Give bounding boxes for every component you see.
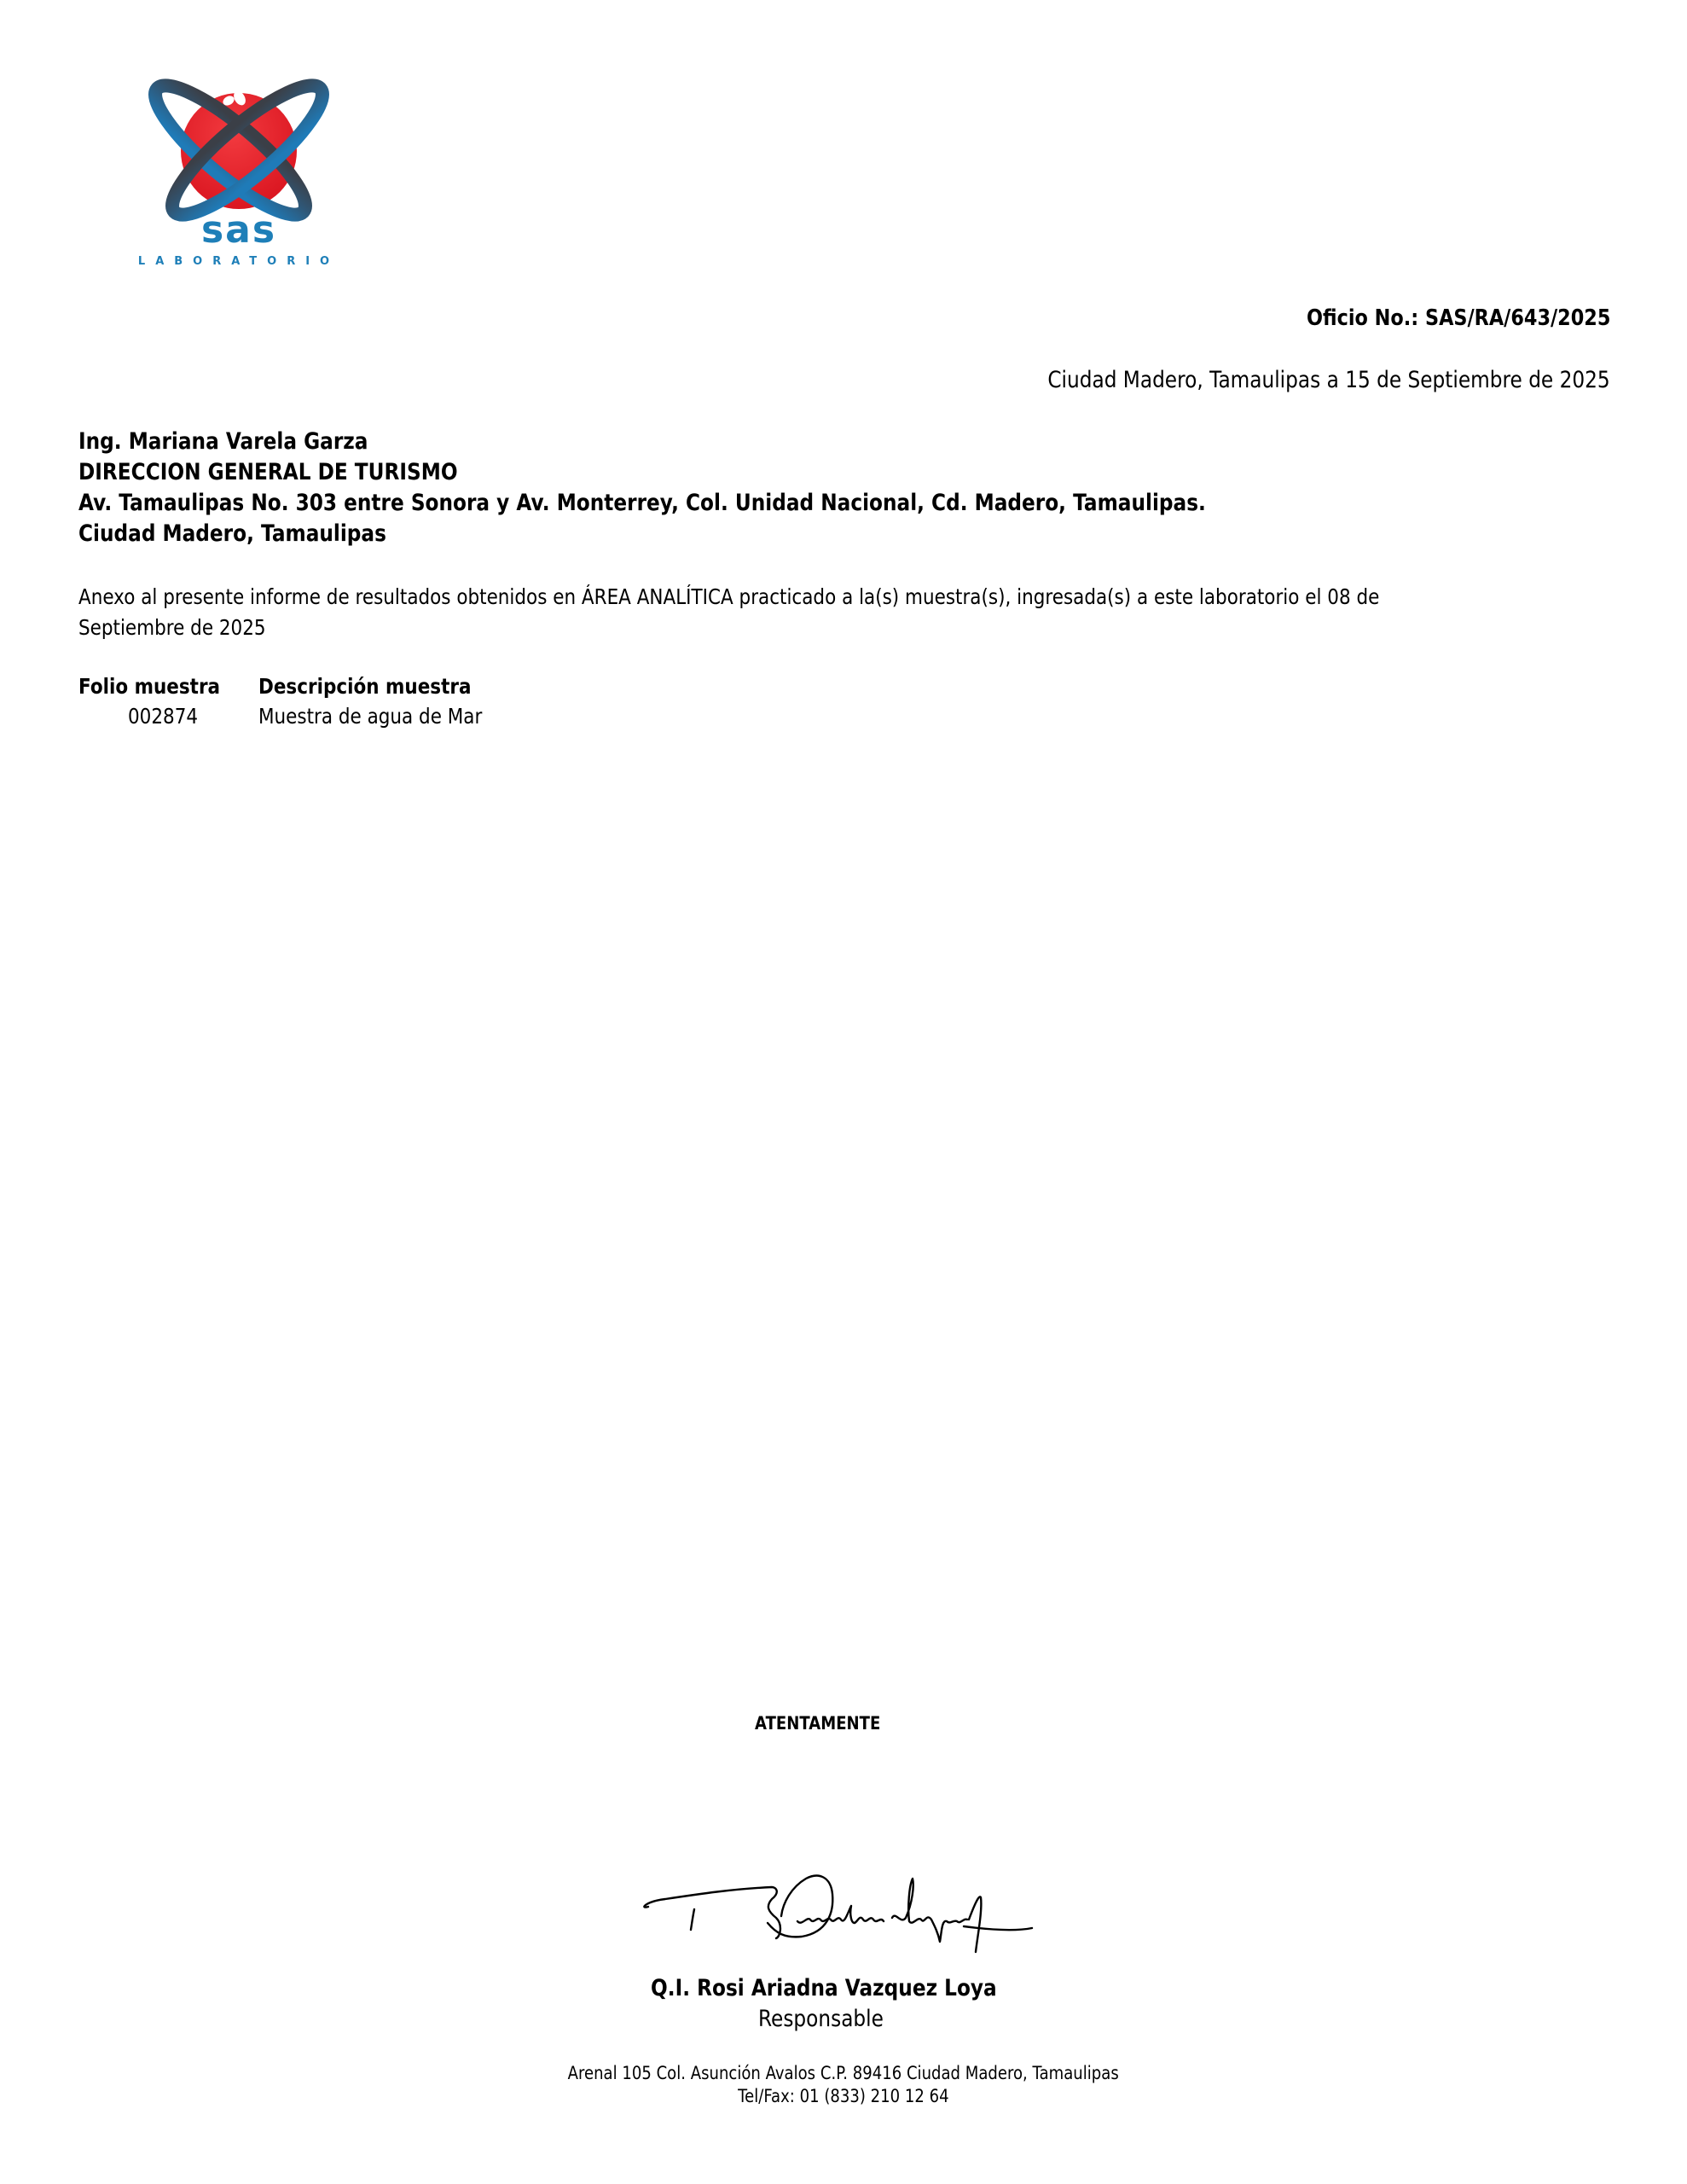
signer-role: Responsable [0,2006,1687,2032]
recipient-name: Ing. Mariana Varela Garza [78,428,415,455]
handwritten-signature-icon [631,1860,1041,1962]
footer-address-text: Arenal 105 Col. Asunción Avalos C.P. 894… [568,2063,1119,2083]
sas-laboratorio-logo: sas LABORATORIO [128,75,350,271]
footer-phone-text: Tel/Fax: 01 (833) 210 12 64 [738,2086,948,2106]
closing-salutation-text: ATENTAMENTE [755,1713,880,1734]
table-header-description: Descripción muestra [258,674,506,699]
folio-header-text: Folio muestra [78,674,220,699]
intro-text-1: Anexo al presente informe de resultados … [78,584,1379,609]
table-header-folio: Folio muestra [78,674,243,699]
description-header-text: Descripción muestra [258,674,471,699]
recipient-organization-text: DIRECCION GENERAL DE TURISMO [78,459,458,485]
recipient-address: Av. Tamaulipas No. 303 entre Sonora y Av… [78,490,1389,516]
description-value-text: Muestra de agua de Mar [258,704,482,729]
signer-name-text: Q.I. Rosi Ariadna Vazquez Loya [651,1975,997,2001]
document-date: Ciudad Madero, Tamaulipas a 15 de Septie… [956,367,1610,393]
oficio-number-text: Oficio No.: SAS/RA/643/2025 [1307,305,1610,331]
recipient-name-text: Ing. Mariana Varela Garza [78,428,368,455]
recipient-organization: DIRECCION GENERAL DE TURISMO [78,459,519,485]
table-row-folio: 002874 [128,704,209,729]
svg-text:LABORATORIO: LABORATORIO [138,255,339,268]
table-row-description: Muestra de agua de Mar [258,704,519,729]
closing-salutation: ATENTAMENTE [0,1713,1687,1734]
signer-name: Q.I. Rosi Ariadna Vazquez Loya [0,1975,1687,2001]
footer-phone: Tel/Fax: 01 (833) 210 12 64 [0,2086,1687,2106]
document-date-text: Ciudad Madero, Tamaulipas a 15 de Septie… [1048,367,1610,393]
folio-value-text: 002874 [128,704,198,729]
recipient-address-text: Av. Tamaulipas No. 303 entre Sonora y Av… [78,490,1206,516]
intro-paragraph-line-1: Anexo al presente informe de resultados … [78,584,1591,609]
signer-role-text: Responsable [758,2006,884,2032]
logo-icon: sas LABORATORIO [128,75,350,271]
intro-paragraph-line-2: Septiembre de 2025 [78,615,296,640]
svg-text:sas: sas [201,208,276,252]
recipient-city-text: Ciudad Madero, Tamaulipas [78,520,386,547]
oficio-number: Oficio No.: SAS/RA/643/2025 [1257,305,1610,331]
footer-address: Arenal 105 Col. Asunción Avalos C.P. 894… [0,2063,1687,2083]
recipient-city: Ciudad Madero, Tamaulipas [78,520,437,547]
intro-text-2: Septiembre de 2025 [78,615,266,640]
